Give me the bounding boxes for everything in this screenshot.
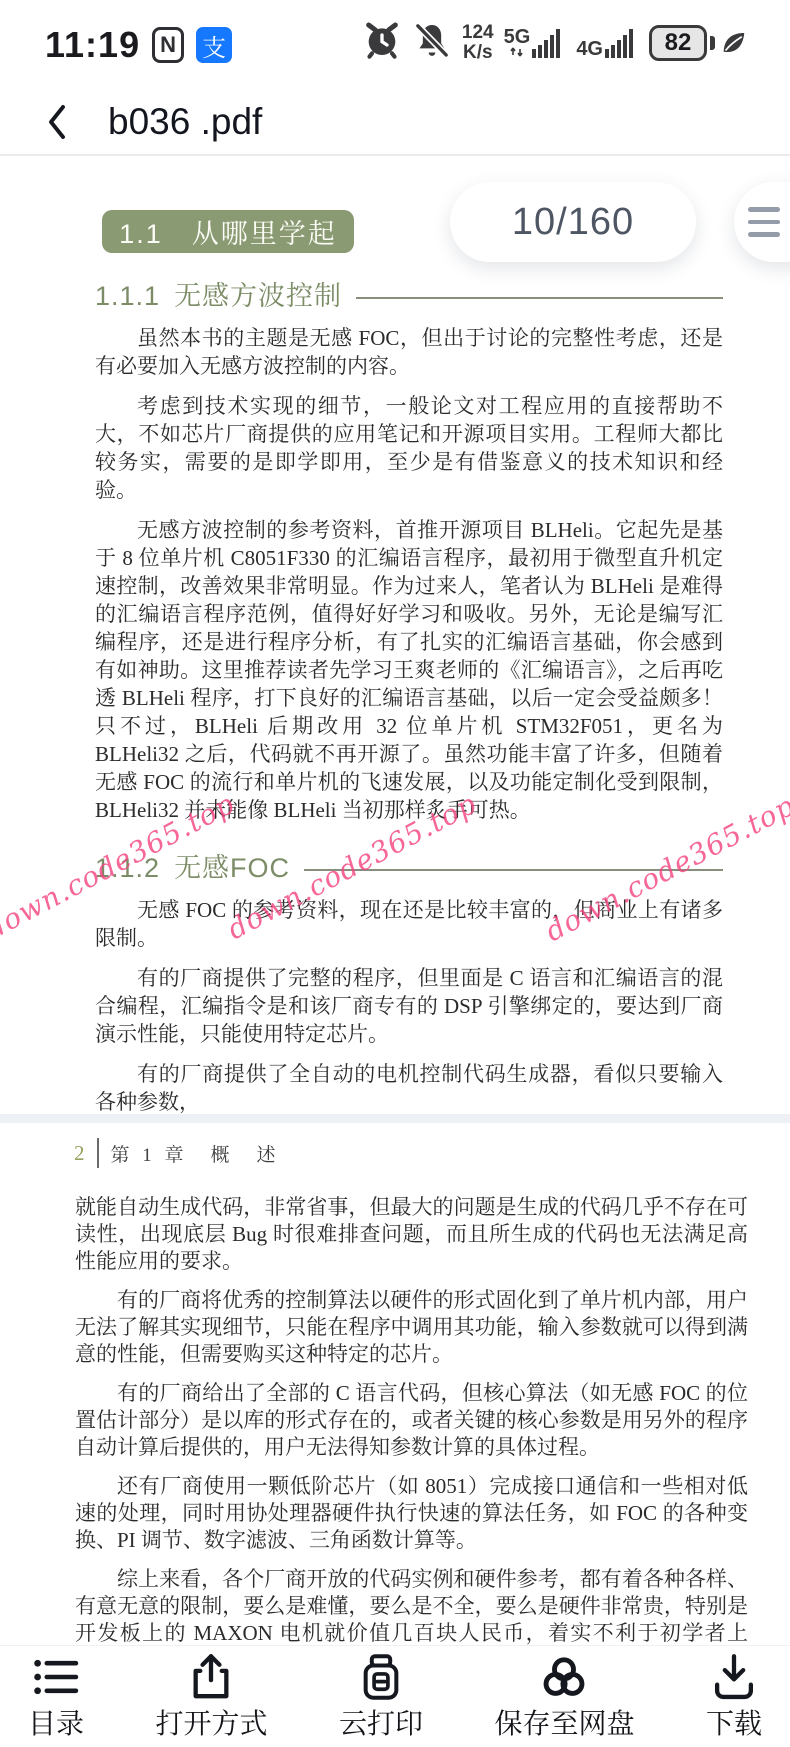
subsection-heading-112: 1.1.2 无感FOC: [95, 854, 723, 882]
paragraph: 有的厂商提供了全自动的电机控制代码生成器，看似只要输入各种参数，: [95, 1060, 723, 1116]
signal-4g-icon: 4G: [576, 28, 639, 58]
pdf-page-1: 1.1.1 无感方波控制 虽然本书的主题是无感 FOC，但出于讨论的完整性考虑，…: [95, 282, 723, 1128]
network-speed: 124 K/s: [462, 23, 494, 63]
battery-level: 82: [649, 25, 707, 61]
battery-nub: [710, 36, 715, 50]
alarm-icon: [362, 20, 402, 65]
paragraph: 虽然本书的主题是无感 FOC，但出于讨论的完整性考虑，还是有必要加入无感方波控制…: [95, 324, 723, 380]
nfc-icon: N: [152, 27, 184, 63]
page-separator: [0, 1114, 790, 1123]
paragraph: 有的厂商给出了全部的 C 语言代码，但核心算法（如无感 FOC 的位置估计部分）…: [75, 1380, 748, 1461]
paragraph: 综上来看，各个厂商开放的代码实例和硬件参考，都有着各种各样、有意无意的限制，要么…: [75, 1566, 748, 1645]
download-icon: [709, 1654, 759, 1700]
header-divider: [97, 1138, 99, 1168]
paragraph: 考虑到技术实现的细节，一般论文对工程应用的直接帮助不大，不如芯片厂商提供的应用笔…: [95, 392, 723, 504]
paragraph: 有的厂商提供了完整的程序，但里面是 C 语言和汇编语言的混合编程，汇编指令是和该…: [95, 964, 723, 1048]
signal-5g-icon: 5G: [504, 28, 567, 58]
running-header: 2 第 1 章 概 述: [74, 1136, 280, 1170]
cloud-drive-icon: [539, 1654, 589, 1700]
toolbar-item-download[interactable]: 下载: [706, 1650, 762, 1741]
paragraph: 无感方波控制的参考资料，首推开源项目 BLHeli。它起先是基于 8 位单片机 …: [95, 516, 723, 824]
pdf-reader-app: 11:19 N 支 1: [0, 0, 790, 1747]
heading-rule: [304, 869, 723, 871]
mute-bell-icon: [412, 20, 452, 65]
paragraph: 就能自动生成代码，非常省事，但最大的问题是生成的代码几乎不存在可读性，出现底层 …: [75, 1194, 748, 1275]
menu-button[interactable]: [734, 182, 790, 262]
status-bar: 11:19 N 支 1: [0, 0, 790, 90]
toolbar-item-save-to-drive[interactable]: 保存至网盘: [494, 1650, 634, 1741]
toolbar-item-cloud-print[interactable]: 云打印: [339, 1650, 423, 1741]
hamburger-icon: [748, 207, 780, 212]
title-bar: b036 .pdf: [0, 90, 790, 156]
power-save-leaf-icon: [718, 28, 748, 58]
toolbar-item-catalog[interactable]: 目录: [28, 1650, 84, 1741]
share-icon: [186, 1654, 236, 1700]
subsection-heading-111: 1.1.1 无感方波控制: [95, 282, 723, 310]
battery-indicator: 82: [649, 25, 748, 61]
bottom-toolbar: 目录 打开方式 云打印 保存至网盘: [0, 1645, 790, 1747]
paragraph: 有的厂商将优秀的控制算法以硬件的形式固化到了单片机内部，用户无法了解其实现细节，…: [75, 1287, 748, 1368]
back-button[interactable]: [42, 104, 72, 140]
document-title: b036 .pdf: [108, 101, 262, 143]
page-number: 2: [74, 1141, 85, 1166]
pdf-page-2: 就能自动生成代码，非常省事，但最大的问题是生成的代码几乎不存在可读性，出现底层 …: [75, 1194, 748, 1645]
paragraph: 无感 FOC 的参考资料，现在还是比较丰富的，但商业上有诸多限制。: [95, 896, 723, 952]
heading-rule: [356, 297, 723, 299]
chapter-title: 第 1 章 概 述: [111, 1140, 280, 1167]
alipay-icon: 支: [196, 27, 232, 63]
printer-icon: [356, 1654, 406, 1700]
list-icon: [31, 1654, 81, 1700]
pdf-canvas[interactable]: 1.1 从哪里学起 10/160 1.1.1 无感方波控制 虽然本书的主题是无感…: [0, 158, 790, 1645]
toolbar-item-open-with[interactable]: 打开方式: [155, 1650, 267, 1741]
page-indicator[interactable]: 10/160: [450, 182, 696, 262]
clock-time: 11:19: [45, 24, 140, 66]
section-badge: 1.1 从哪里学起: [102, 210, 354, 253]
paragraph: 还有厂商使用一颗低阶芯片（如 8051）完成接口通信和一些相对低速的处理，同时用…: [75, 1473, 748, 1554]
